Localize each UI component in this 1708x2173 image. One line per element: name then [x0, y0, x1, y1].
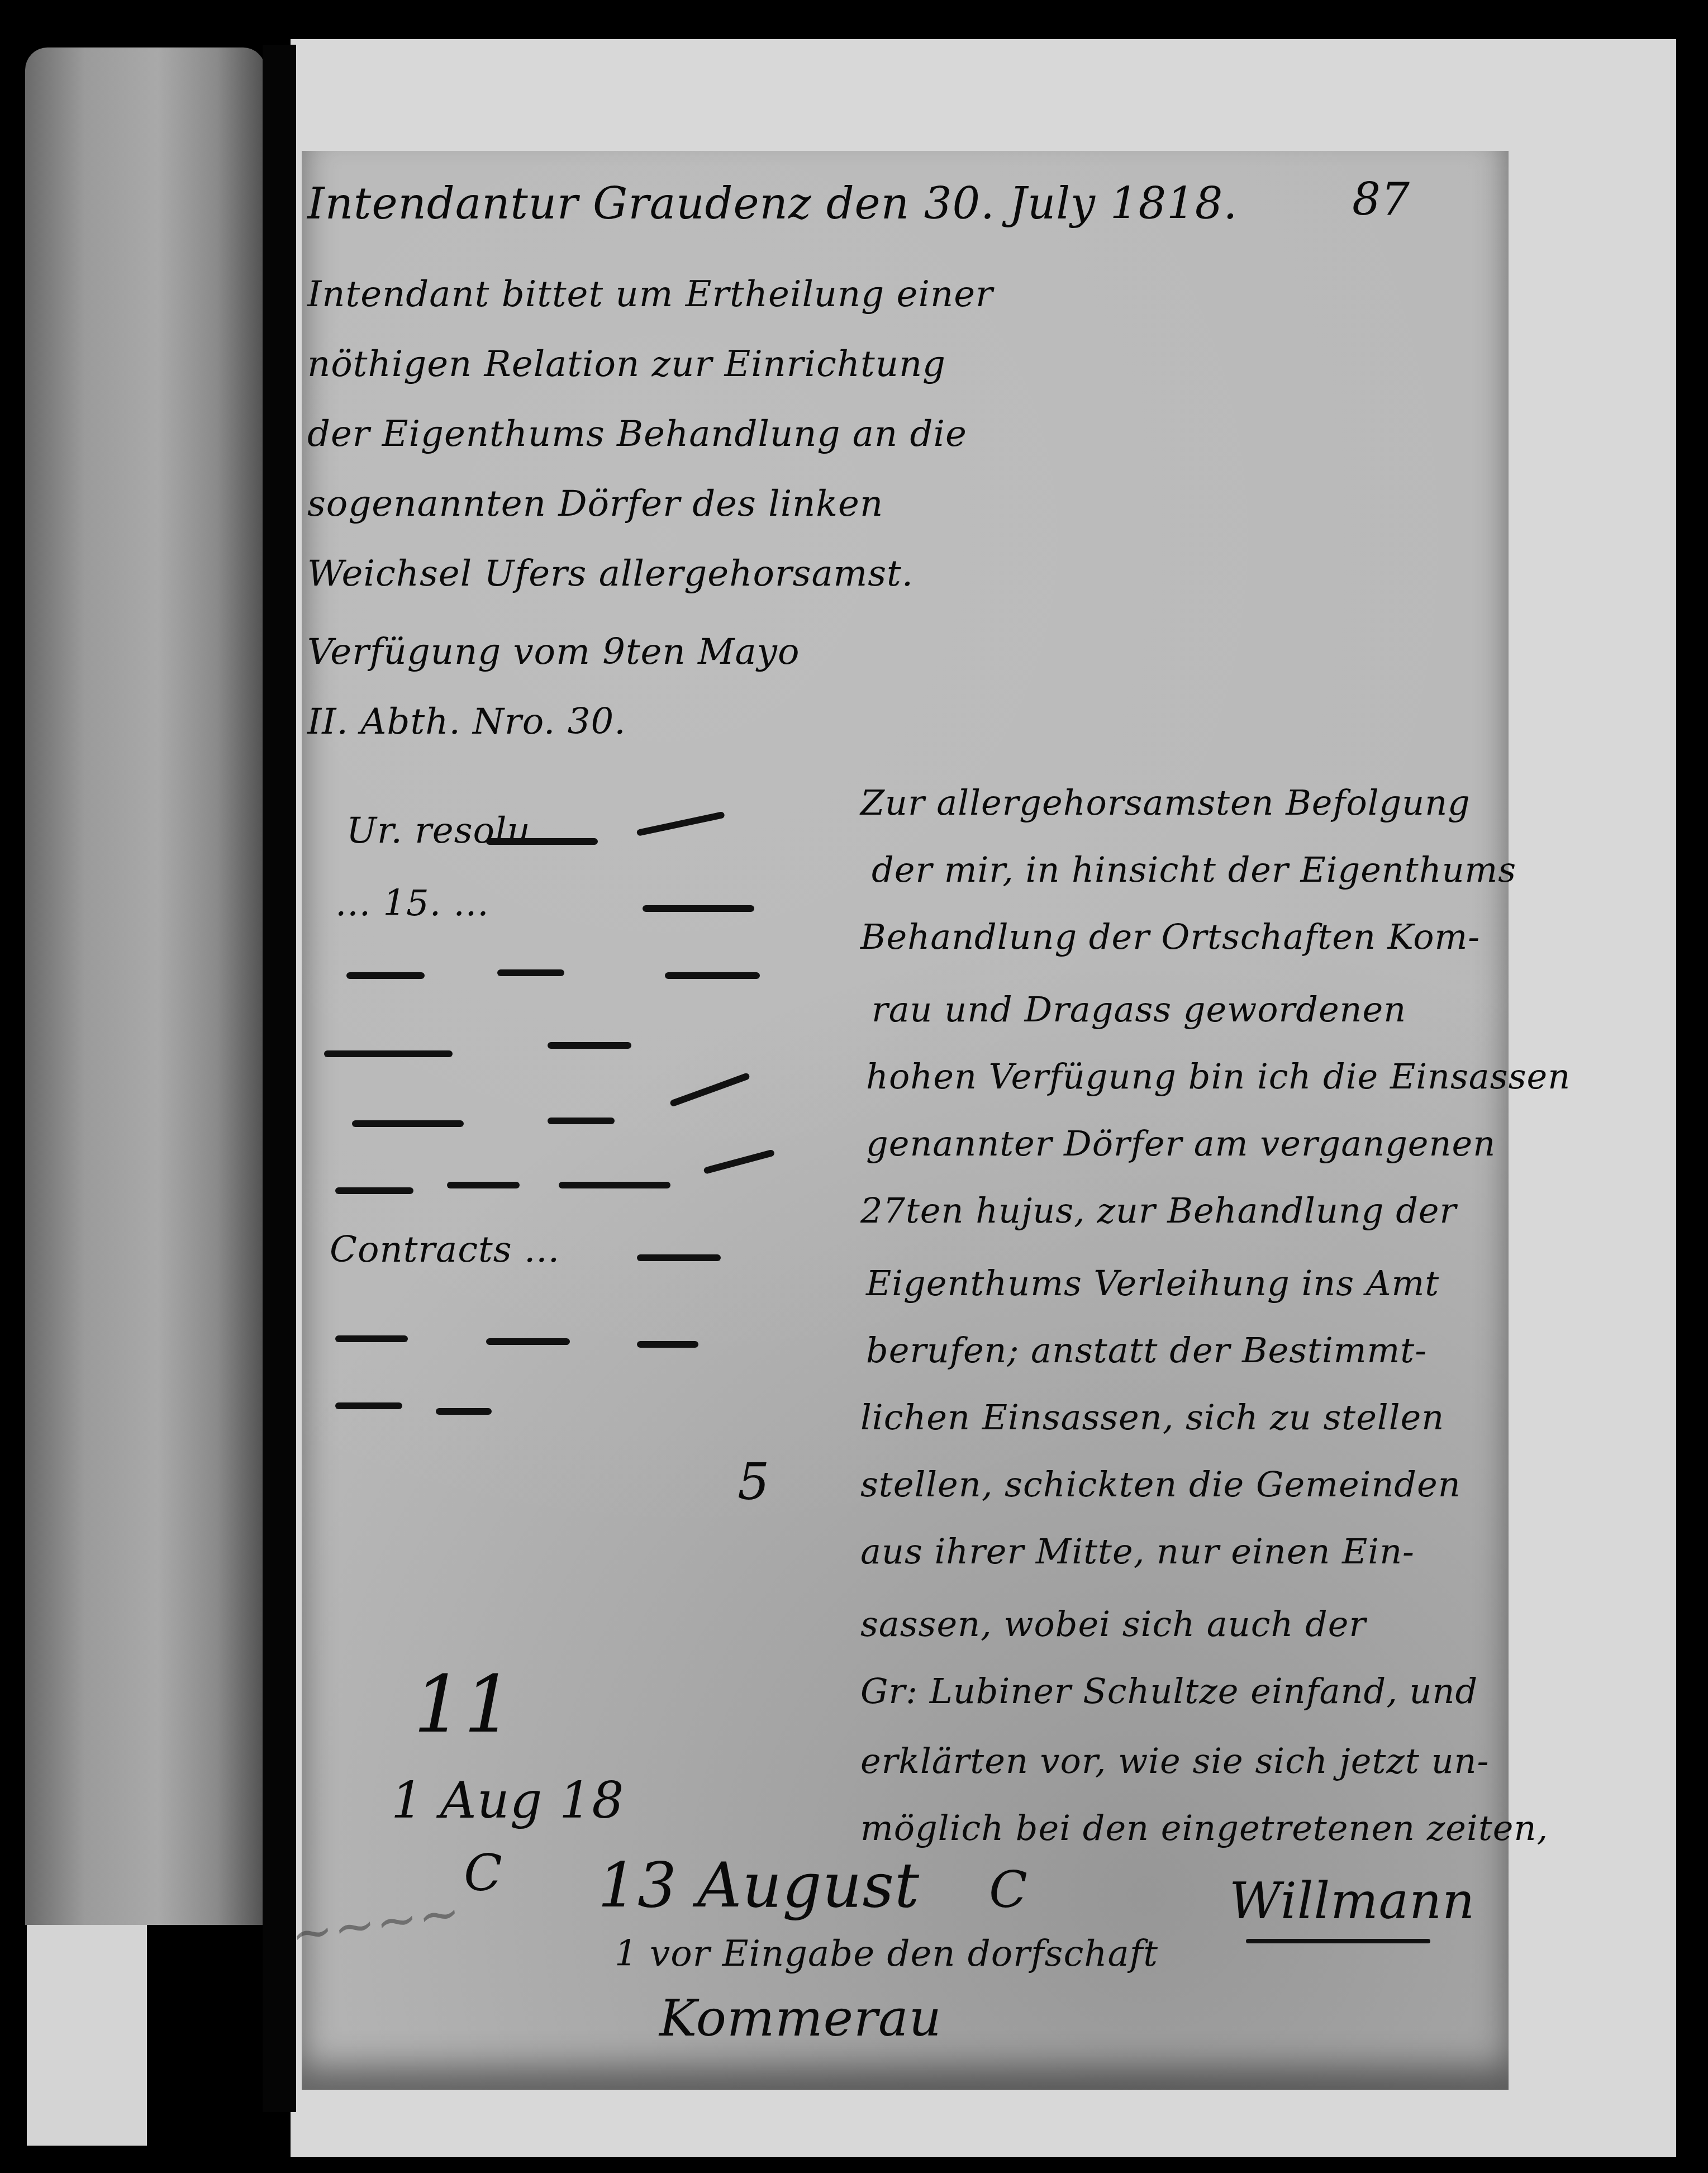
shorthand-stroke: [486, 1338, 570, 1345]
shorthand-line: Contracts ...: [330, 1229, 560, 1271]
shorthand-stroke: [548, 1118, 615, 1124]
faded-marginalia: ~~~~: [287, 1882, 464, 1965]
registry-date: 1 Aug 18: [391, 1771, 625, 1830]
binding-roll: [25, 47, 265, 1925]
body-line: möglich bei den eingetretenen zeiten,: [860, 1808, 1548, 1848]
body-line: berufen; anstatt der Bestimmt-: [866, 1330, 1427, 1371]
shorthand-stroke: [335, 1187, 413, 1194]
body-line: genannter Dörfer am vergangenen: [866, 1123, 1496, 1164]
body-line: Behandlung der Ortschaften Kom-: [860, 916, 1480, 957]
shorthand-stroke: [447, 1182, 520, 1188]
shorthand-stroke: [637, 1341, 698, 1348]
binding-roll-end: [27, 1925, 147, 2146]
shorthand-mark: 5: [738, 1453, 770, 1511]
summary-line: sogenannten Dörfer des linken: [307, 483, 883, 525]
summary-line: Weichsel Ufers allergehorsamst.: [307, 553, 914, 595]
body-line: sassen, wobei sich auch der: [860, 1604, 1366, 1644]
shorthand-stroke: [335, 1335, 408, 1342]
reference-line: Verfügung vom 9ten Mayo: [307, 631, 800, 673]
body-line: hohen Verfügung bin ich die Einsassen: [866, 1056, 1571, 1097]
body-line: aus ihrer Mitte, nur einen Ein-: [860, 1531, 1415, 1572]
registry-initial: C: [464, 1844, 503, 1903]
shorthand-stroke: [352, 1120, 464, 1127]
shorthand-stroke: [703, 1149, 775, 1175]
shorthand-stroke: [486, 838, 598, 845]
body-line: stellen, schickten die Gemeinden: [860, 1464, 1461, 1505]
summary-line: Intendant bittet um Ertheilung einer: [307, 274, 993, 315]
shorthand-line: Ur. resolu. ...: [346, 810, 590, 852]
shorthand-stroke: [669, 1072, 750, 1107]
signature-underline: [1246, 1939, 1430, 1943]
body-line: Eigenthums Verleihung ins Amt: [866, 1263, 1439, 1304]
annotation-initial: C: [989, 1861, 1028, 1919]
document-page: 87 Intendantur Graudenz den 30. July 181…: [302, 151, 1509, 2090]
body-line: der mir, in hinsicht der Eigenthums: [872, 849, 1516, 890]
body-line: lichen Einsassen, sich zu stellen: [860, 1397, 1444, 1438]
annotation-place: Kommerau: [659, 1989, 942, 2048]
shorthand-stroke: [497, 969, 564, 976]
annotation-date: 13 August: [598, 1849, 920, 1921]
document-header: Intendantur Graudenz den 30. July 1818.: [307, 179, 1238, 229]
shorthand-stroke: [436, 1408, 492, 1415]
annotation-line: 1 vor Eingabe den dorfschaft: [615, 1933, 1158, 1975]
body-line: Zur allergehorsamsten Befolgung: [860, 782, 1471, 823]
summary-line: nöthigen Relation zur Einrichtung: [307, 344, 946, 385]
shorthand-stroke: [335, 1402, 402, 1409]
page-number: 87: [1352, 173, 1410, 225]
shorthand-stroke: [636, 811, 725, 836]
body-line: Gr: Lubiner Schultze einfand, und: [860, 1671, 1478, 1711]
shorthand-stroke: [346, 972, 425, 979]
gutter-shadow: [263, 45, 296, 2112]
shorthand-stroke: [324, 1050, 453, 1057]
signature: Willmann: [1229, 1872, 1475, 1931]
reference-line: II. Abth. Nro. 30.: [307, 701, 626, 743]
shorthand-stroke: [637, 1254, 721, 1261]
shorthand-stroke: [548, 1042, 631, 1049]
body-line: rau und Dragass gewordenen: [872, 989, 1406, 1030]
shorthand-stroke: [665, 972, 760, 979]
shorthand-stroke: [643, 905, 754, 912]
registry-number: 11: [413, 1660, 514, 1751]
body-line: erklärten vor, wie sie sich jetzt un-: [860, 1741, 1489, 1781]
shorthand-line: ... 15. ...: [335, 883, 489, 924]
shorthand-stroke: [559, 1182, 670, 1188]
body-line: 27ten hujus, zur Behandlung der: [860, 1190, 1457, 1231]
summary-line: der Eigenthums Behandlung an die: [307, 413, 967, 455]
